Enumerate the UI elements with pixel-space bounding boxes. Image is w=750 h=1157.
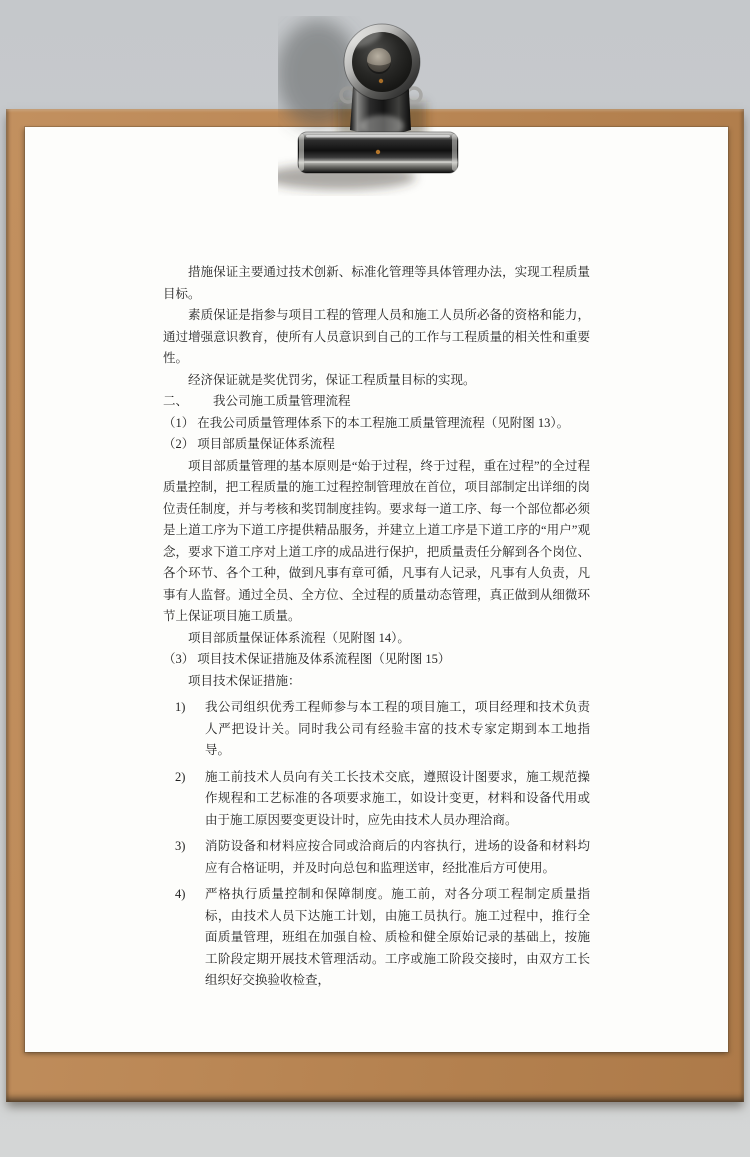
- paragraph-text: 严格执行质量控制和保障制度。施工前，对各分项工程制定质量指标，由技术人员下达施工…: [205, 884, 590, 992]
- paragraph-label: 2): [175, 767, 205, 832]
- scene: { "scene": { "wall_color_top": "#c5c8cb"…: [0, 0, 750, 1157]
- paragraph-label: （3）: [163, 649, 194, 671]
- paragraph-item: 2)施工前技术人员向有关工长技术交底，遵照设计图要求，施工规范操作规程和工艺标准…: [163, 767, 590, 832]
- paragraph-item: 1)我公司组织优秀工程师参与本工程的项目施工，项目经理和技术负责人严把设计关。同…: [163, 697, 590, 762]
- paragraph-label: 3): [175, 836, 205, 879]
- paragraph-item: 3)消防设备和材料应按合同或洽商后的内容执行，进场的设备和材料均应有合格证明，并…: [163, 836, 590, 879]
- paragraph-text: 措施保证主要通过技术创新、标准化管理等具体管理办法，实现工程质量目标。: [163, 262, 590, 305]
- paragraph-label: （2）: [163, 434, 194, 456]
- paragraph-text: 项目技术保证措施及体系流程图（见附图 15）: [197, 649, 590, 671]
- paragraph-text: 项目技术保证措施：: [163, 671, 590, 693]
- paragraph-text: 素质保证是指参与项目工程的管理人员和施工人员所必备的资格和能力，通过增强意识教育…: [163, 305, 590, 370]
- paragraph-label: （1）: [163, 413, 194, 435]
- paragraph-indent: 措施保证主要通过技术创新、标准化管理等具体管理办法，实现工程质量目标。: [163, 262, 590, 305]
- paper-sheet: 措施保证主要通过技术创新、标准化管理等具体管理办法，实现工程质量目标。素质保证是…: [25, 127, 728, 1052]
- paragraph-paren: （1）在我公司质量管理体系下的本工程施工质量管理流程（见附图 13）。: [163, 413, 590, 435]
- paragraph-text: 项目部质量保证体系流程: [197, 434, 590, 456]
- paragraph-item: 4)严格执行质量控制和保障制度。施工前，对各分项工程制定质量指标，由技术人员下达…: [163, 884, 590, 992]
- paragraph-label: 4): [175, 884, 205, 992]
- paragraph-label: 1): [175, 697, 205, 762]
- paragraph-text: 经济保证就是奖优罚劣，保证工程质量目标的实现。: [163, 370, 590, 392]
- paragraph-indent: 项目部质量管理的基本原则是“始于过程，终于过程，重在过程”的全过程质量控制，把工…: [163, 456, 590, 628]
- paragraph-text: 消防设备和材料应按合同或洽商后的内容执行，进场的设备和材料均应有合格证明，并及时…: [205, 836, 590, 879]
- document-body: 措施保证主要通过技术创新、标准化管理等具体管理办法，实现工程质量目标。素质保证是…: [25, 127, 728, 997]
- paragraph-text: 项目部质量保证体系流程（见附图 14）。: [163, 628, 590, 650]
- paragraph-text: 项目部质量管理的基本原则是“始于过程，终于过程，重在过程”的全过程质量控制，把工…: [163, 456, 590, 628]
- paragraph-text: 在我公司质量管理体系下的本工程施工质量管理流程（见附图 13）。: [197, 413, 590, 435]
- paragraph-indent: 素质保证是指参与项目工程的管理人员和施工人员所必备的资格和能力，通过增强意识教育…: [163, 305, 590, 370]
- binder-clip-icon: [278, 16, 488, 196]
- paragraph-text: 我公司组织优秀工程师参与本工程的项目施工，项目经理和技术负责人严把设计关。同时我…: [205, 697, 590, 762]
- paragraph-paren: （2）项目部质量保证体系流程: [163, 434, 590, 456]
- paragraph-paren: （3）项目技术保证措施及体系流程图（见附图 15）: [163, 649, 590, 671]
- paragraph-label: 二、: [163, 391, 213, 413]
- paragraph-heading: 二、我公司施工质量管理流程: [163, 391, 590, 413]
- paragraph-indent: 项目部质量保证体系流程（见附图 14）。: [163, 628, 590, 650]
- paragraph-text: 我公司施工质量管理流程: [213, 391, 351, 413]
- paragraph-indent: 经济保证就是奖优罚劣，保证工程质量目标的实现。: [163, 370, 590, 392]
- paragraph-indent: 项目技术保证措施：: [163, 671, 590, 693]
- paragraph-text: 施工前技术人员向有关工长技术交底，遵照设计图要求，施工规范操作规程和工艺标准的各…: [205, 767, 590, 832]
